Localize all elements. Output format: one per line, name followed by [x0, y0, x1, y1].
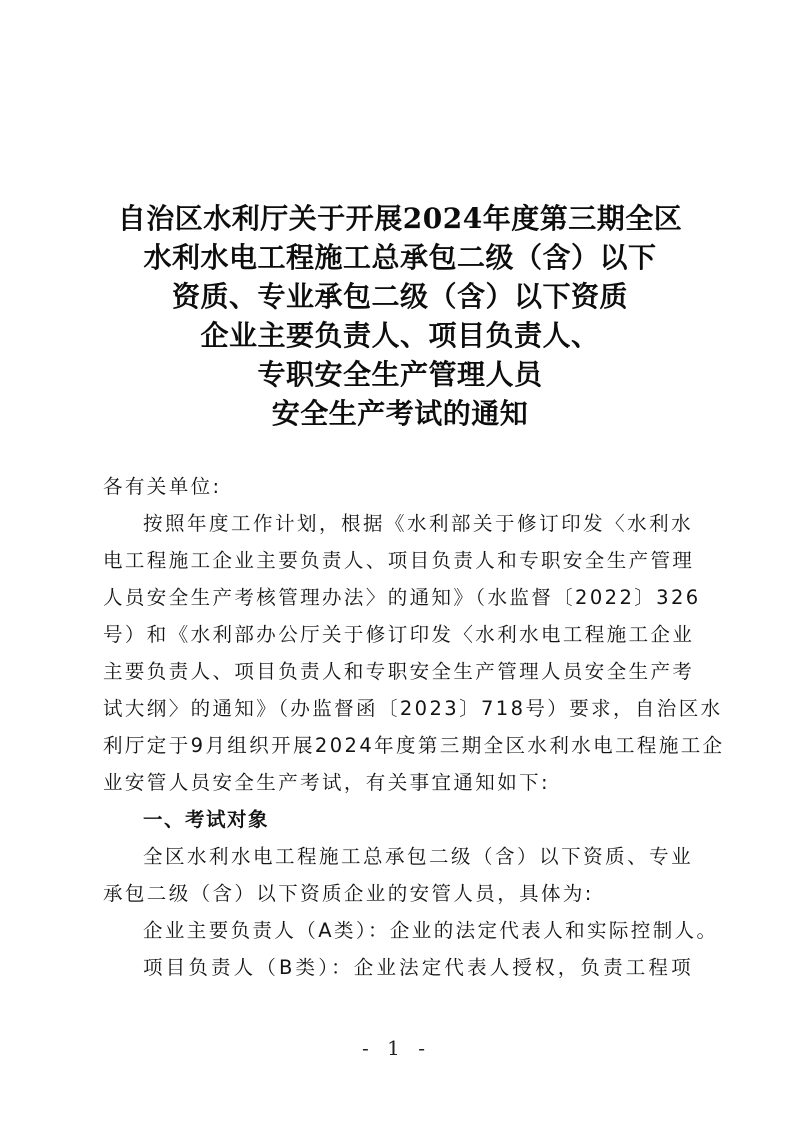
paragraph-line: 按照年度工作计划，根据《水利部关于修订印发〈水利水 [103, 505, 693, 542]
document-body: 各有关单位: 按照年度工作计划，根据《水利部关于修订印发〈水利水 电工程施工企业… [103, 468, 693, 986]
paragraph-exam-targets: 全区水利水电工程施工总承包二级（含）以下资质、专业 承包二级（含）以下资质企业的… [103, 838, 693, 912]
title-line: 资质、专业承包二级（含）以下资质 [100, 277, 700, 316]
document-title: 自治区水利厅关于开展2024年度第三期全区 水利水电工程施工总承包二级（含）以下… [100, 199, 700, 433]
category-a-item: 企业主要负责人（A类）：企业的法定代表人和实际控制人。 [103, 912, 693, 949]
paragraph-line: 号）和《水利部办公厅关于修订印发〈水利水电工程施工企业 [103, 616, 693, 653]
paragraph-line: 业安管人员安全生产考试，有关事宜通知如下: [103, 764, 693, 801]
paragraph-line: 人员安全生产考核管理办法〉的通知》（水监督〔2022〕326 [103, 579, 693, 616]
title-line: 自治区水利厅关于开展2024年度第三期全区 [100, 199, 700, 238]
category-b-item: 项目负责人（B类）：企业法定代表人授权，负责工程项 [103, 949, 693, 986]
paragraph-line: 承包二级（含）以下资质企业的安管人员，具体为: [103, 875, 693, 912]
paragraph-line: 电工程施工企业主要负责人、项目负责人和专职安全生产管理 [103, 542, 693, 579]
title-line: 安全生产考试的通知 [100, 394, 700, 433]
salutation: 各有关单位: [103, 468, 693, 505]
section-heading: 一、考试对象 [103, 801, 693, 838]
title-line: 专职安全生产管理人员 [100, 355, 700, 394]
title-line: 水利水电工程施工总承包二级（含）以下 [100, 238, 700, 277]
title-line: 企业主要负责人、项目负责人、 [100, 316, 700, 355]
paragraph-line: 试大纲〉的通知》（办监督函〔2023〕718号）要求，自治区水 [103, 690, 693, 727]
paragraph-intro: 按照年度工作计划，根据《水利部关于修订印发〈水利水 电工程施工企业主要负责人、项… [103, 505, 693, 801]
document-page: 自治区水利厅关于开展2024年度第三期全区 水利水电工程施工总承包二级（含）以下… [0, 0, 793, 1122]
paragraph-line: 利厅定于9月组织开展2024年度第三期全区水利水电工程施工企 [103, 727, 693, 764]
paragraph-line: 全区水利水电工程施工总承包二级（含）以下资质、专业 [103, 838, 693, 875]
page-number: - 1 - [0, 1036, 793, 1060]
paragraph-line: 主要负责人、项目负责人和专职安全生产管理人员安全生产考 [103, 653, 693, 690]
